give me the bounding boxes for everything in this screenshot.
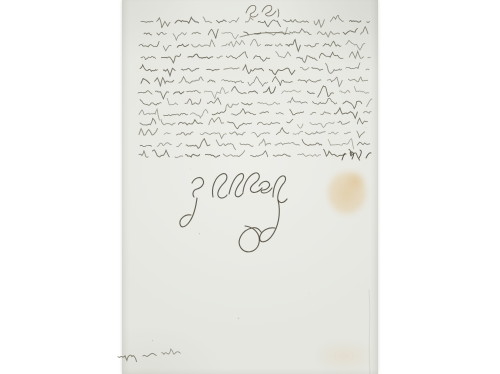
manuscript-photo: El Rey Yo el Rey 13 lines of illegible 1… [0, 0, 500, 374]
ink-specks [143, 42, 367, 342]
archival-annotation [118, 349, 180, 362]
handwritten-body [138, 15, 372, 160]
royal-signature [180, 173, 287, 252]
paper-crease [369, 290, 370, 374]
ink-layer [0, 0, 500, 374]
heading-el-rey [246, 5, 279, 17]
